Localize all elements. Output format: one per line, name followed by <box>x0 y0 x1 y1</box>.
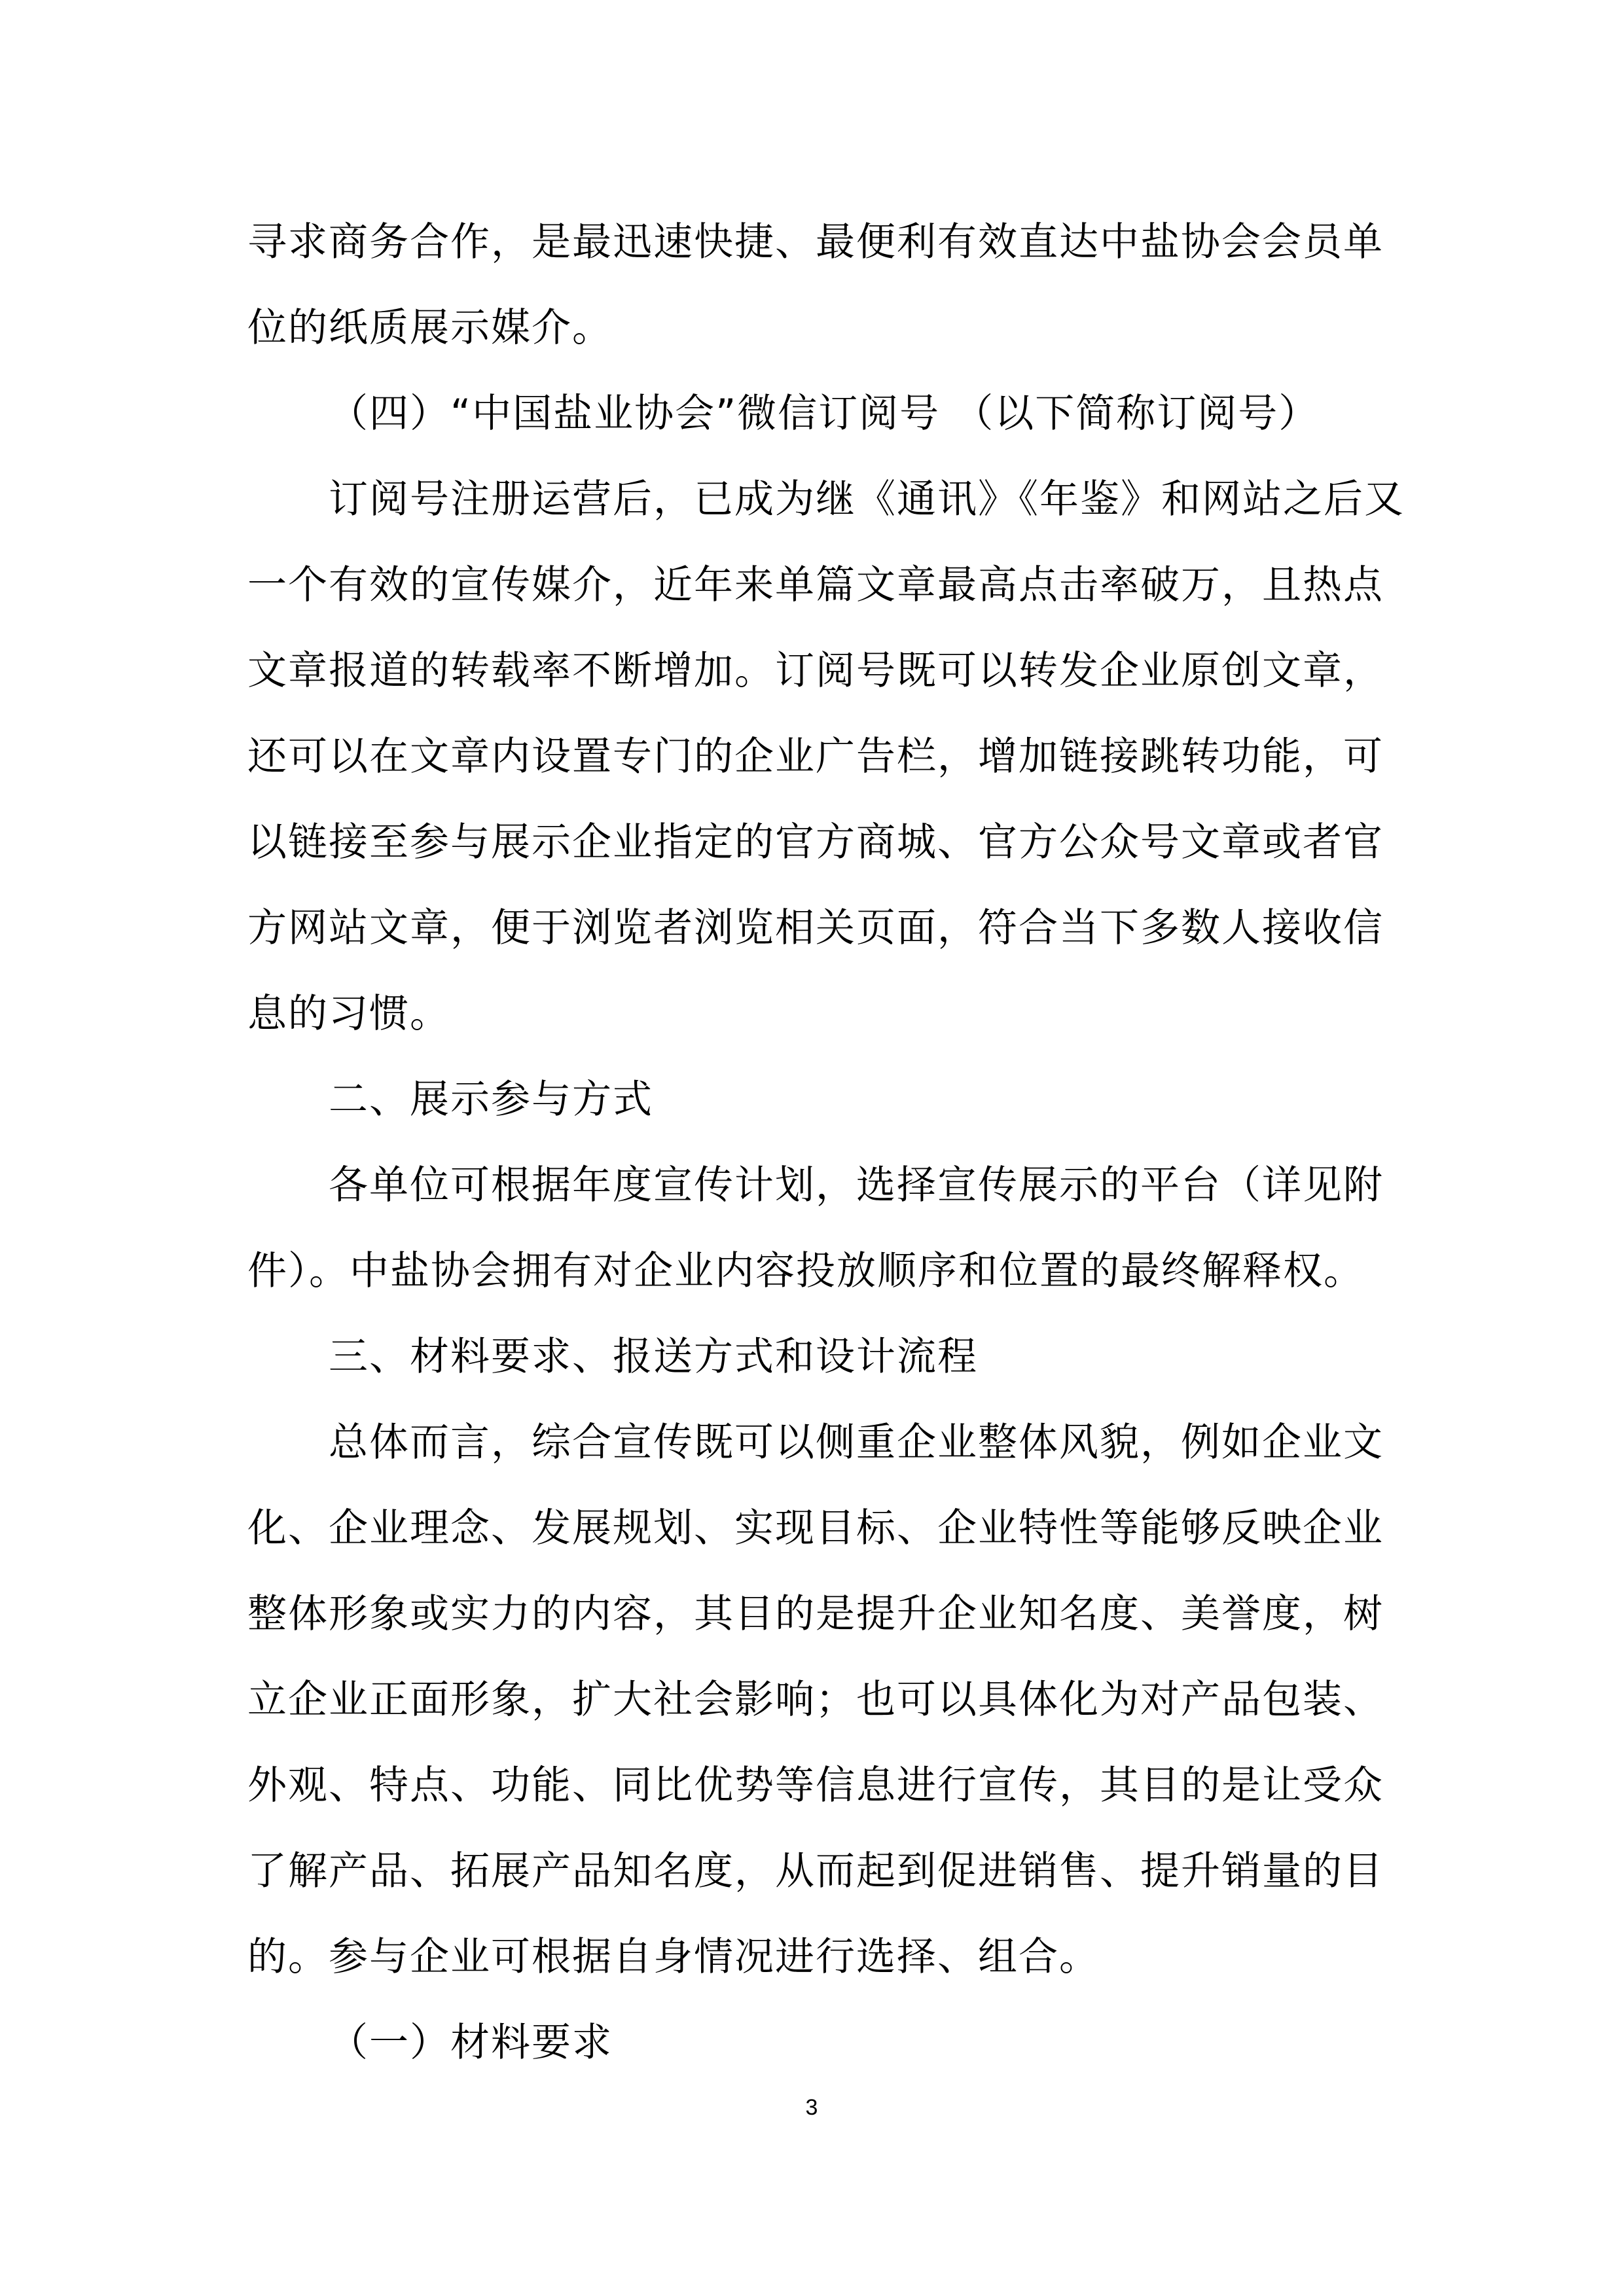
body-text-line: 息的习惯。 <box>247 984 1380 1070</box>
body-text-line: 订阅号注册运营后，已成为继《通讯》《年鉴》和网站之后又 <box>247 470 1380 556</box>
subheading-wechat-subscription: （四）“中国盐业协会”微信订阅号 （以下简称订阅号） <box>247 384 1380 470</box>
body-text-line: 一个有效的宣传媒介，近年来单篇文章最高点击率破万，且热点 <box>247 556 1380 641</box>
body-text-line: 还可以在文章内设置专门的企业广告栏，增加链接跳转功能，可 <box>247 727 1380 813</box>
body-text-line: 件）。中盐协会拥有对企业内容投放顺序和位置的最终解释权。 <box>247 1242 1380 1327</box>
body-text-line: 寻求商务合作，是最迅速快捷、最便利有效直达中盐协会会员单 <box>247 213 1380 298</box>
body-text-line: 以链接至参与展示企业指定的官方商城、官方公众号文章或者官 <box>247 813 1380 899</box>
page-number: 3 <box>785 2094 838 2121</box>
body-text-line: 了解产品、拓展产品知名度，从而起到促进销售、提升销量的目 <box>247 1842 1380 1928</box>
body-text-line: 化、企业理念、发展规划、实现目标、企业特性等能够反映企业 <box>247 1499 1380 1585</box>
body-text-line: 的。参与企业可根据自身情况进行选择、组合。 <box>247 1928 1380 2013</box>
document-body: 寻求商务合作，是最迅速快捷、最便利有效直达中盐协会会员单 位的纸质展示媒介。 （… <box>247 213 1380 2099</box>
body-text-line: 各单位可根据年度宣传计划，选择宣传展示的平台（详见附 <box>247 1156 1380 1242</box>
body-text-line: 位的纸质展示媒介。 <box>247 298 1380 384</box>
body-text-line: 整体形象或实力的内容，其目的是提升企业知名度、美誉度，树 <box>247 1585 1380 1670</box>
section-heading-participation: 二、展示参与方式 <box>247 1070 1380 1156</box>
body-text-line: 立企业正面形象，扩大社会影响；也可以具体化为对产品包装、 <box>247 1670 1380 1756</box>
body-text-line: 总体而言，综合宣传既可以侧重企业整体风貌，例如企业文 <box>247 1413 1380 1499</box>
document-page: 寻求商务合作，是最迅速快捷、最便利有效直达中盐协会会员单 位的纸质展示媒介。 （… <box>0 0 1624 2296</box>
section-heading-materials: 三、材料要求、报送方式和设计流程 <box>247 1327 1380 1413</box>
body-text-line: 外观、特点、功能、同比优势等信息进行宣传，其目的是让受众 <box>247 1756 1380 1842</box>
subheading-material-requirements: （一）材料要求 <box>247 2013 1380 2099</box>
body-text-line: 文章报道的转载率不断增加。订阅号既可以转发企业原创文章， <box>247 641 1380 727</box>
body-text-line: 方网站文章，便于浏览者浏览相关页面，符合当下多数人接收信 <box>247 899 1380 984</box>
